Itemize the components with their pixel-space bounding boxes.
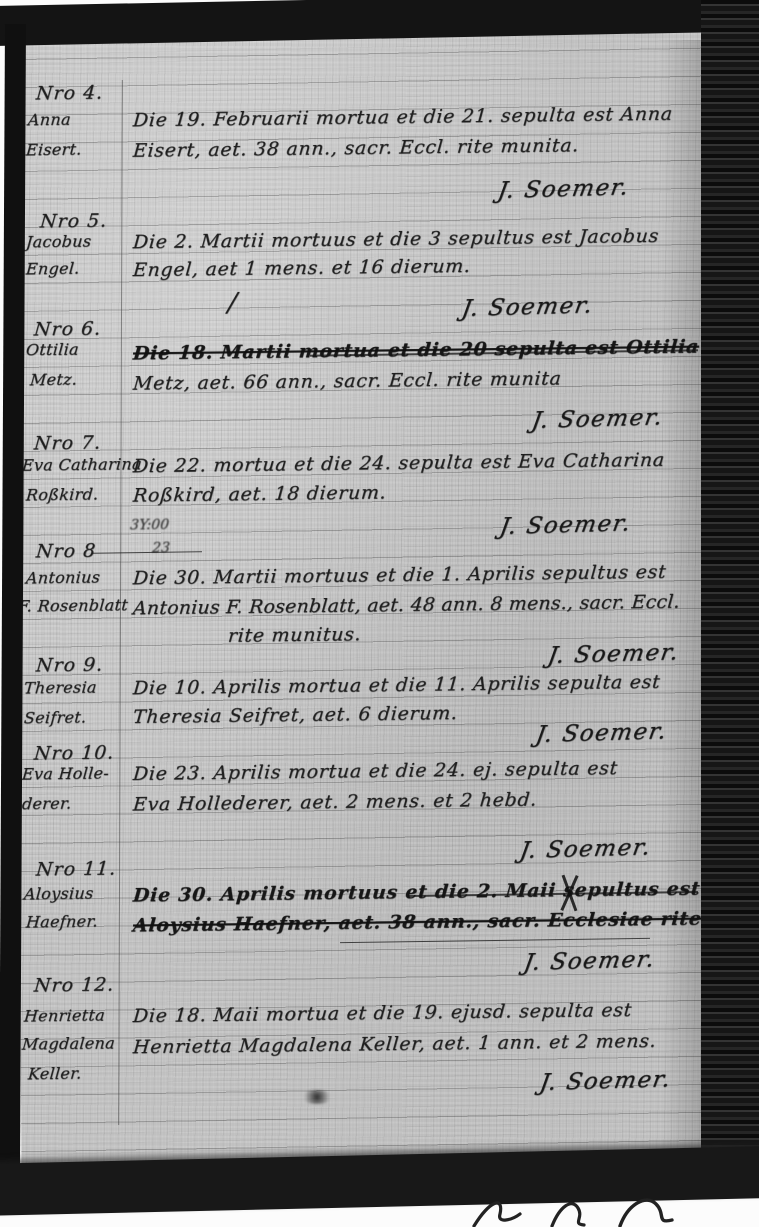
entry-name-line: Magdalena — [21, 1033, 116, 1053]
entry-number: Nro 12. — [33, 973, 115, 996]
entry-number: Nro 9. — [35, 654, 104, 677]
entry-name-line: Eisert. — [25, 140, 82, 160]
entry-name-line: derer. — [21, 794, 72, 814]
entry-name-line: Henrietta — [23, 1005, 105, 1025]
entry-name-line: Engel. — [25, 259, 80, 279]
entry-number: Nro 6. — [33, 318, 102, 341]
entry-name-line: Ottilia — [25, 340, 79, 360]
entry-text-line: rite munitus. — [227, 623, 362, 647]
priest-signature: J. Soemer. — [546, 639, 682, 669]
entry-name-line: Roßkird. — [25, 485, 99, 505]
scan-border-right — [701, 0, 759, 1178]
entry-name-line: Theresia — [23, 678, 97, 698]
bottom-margin-scribble — [460, 1190, 690, 1227]
priest-signature: J. Soemer. — [518, 834, 654, 864]
entry-name-line: Keller. — [27, 1064, 82, 1084]
priest-signature: J. Soemer. — [530, 404, 666, 434]
priest-signature: J. Soemer. — [496, 174, 632, 204]
entry-name-line: Aloysius — [23, 884, 94, 904]
ink-blotch — [300, 1090, 334, 1104]
entry-name-line: Metz. — [29, 370, 78, 390]
priest-signature: J. Soemer. — [534, 718, 670, 748]
scanned-register-page: Nro 4. Anna Eisert. Die 19. Februarii mo… — [0, 0, 759, 1227]
priest-signature: J. Soemer. — [498, 510, 634, 540]
entry-name-line: Eva Holle- — [21, 763, 109, 783]
entry-text-line: Engel, aet 1 mens. et 16 dierum. — [132, 255, 471, 281]
entry-number: Nro 4. — [35, 82, 104, 105]
entry-name-line: Eva Catharina — [21, 454, 142, 474]
priest-signature: J. Soemer. — [460, 292, 596, 322]
entry-number: Nro 10. — [33, 741, 115, 764]
entry-name-line: Seifret. — [23, 708, 87, 728]
entry-name-line: F. Rosenblatt — [17, 595, 129, 615]
entry-name-line: Jacobus — [25, 232, 92, 252]
priest-signature: J. Soemer. — [522, 946, 658, 976]
entry-number: Nro 8 — [35, 540, 97, 563]
ink-smudge: 23 — [151, 540, 170, 556]
entry-text-line: Roßkird, aet. 18 dierum. — [132, 481, 387, 506]
priest-signature: J. Soemer. — [538, 1066, 674, 1096]
pen-x-mark — [556, 876, 582, 910]
entry-number: Nro 5. — [39, 210, 108, 233]
entry-text-line: Theresia Seifret, aet. 6 dierum. — [132, 702, 458, 728]
entry-name-line: Haefner. — [25, 912, 98, 932]
entry-number: Nro 7. — [33, 432, 102, 455]
entry-number: Nro 11. — [35, 857, 117, 880]
entry-name-line: Anna — [27, 110, 71, 130]
ink-smudge: 3Y:00 — [129, 517, 169, 533]
entry-name-line: Antonius — [25, 568, 101, 588]
